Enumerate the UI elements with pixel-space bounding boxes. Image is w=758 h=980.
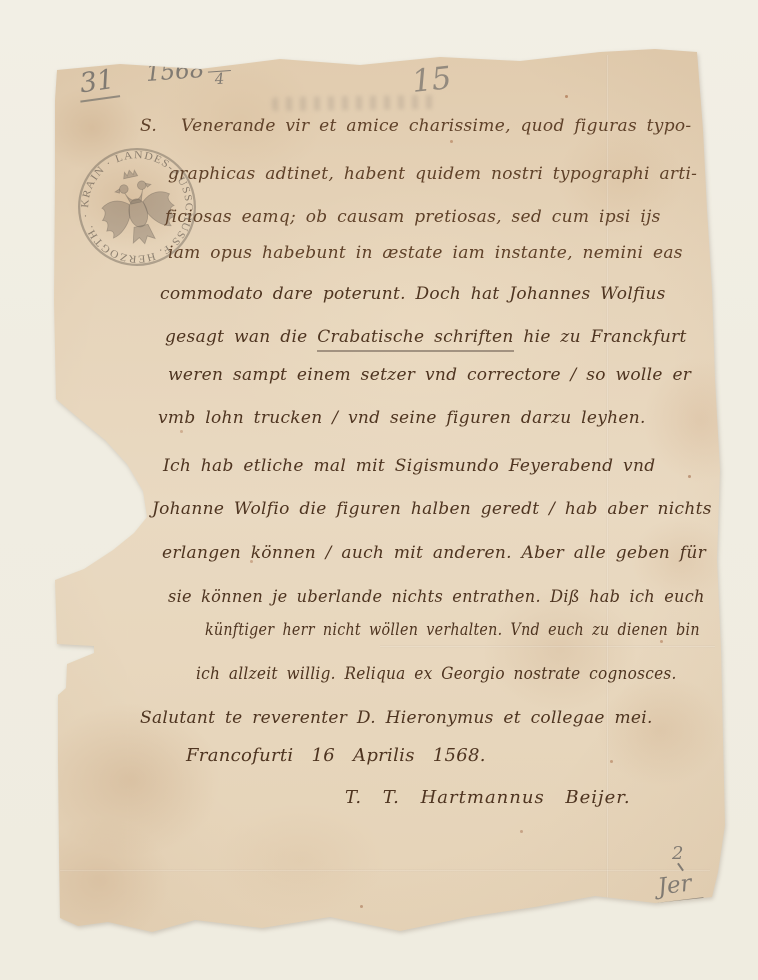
- manuscript-line: gesagt wan die Crabatische schriften hie…: [165, 329, 687, 346]
- manuscript-line: ich allzeit willig. Reliqua ex Georgio n…: [196, 666, 677, 683]
- manuscript-line: sie können je uberlande nichts entrathen…: [168, 589, 705, 606]
- manuscript-line: künftiger herr nicht wöllen verhalten. V…: [205, 622, 700, 639]
- manuscript-line: weren sampt einem setzer vnd correctore …: [168, 367, 691, 384]
- dateline: Francofurti 16 Aprilis 1568.: [186, 747, 486, 765]
- salutation-abbrev: S.: [140, 116, 157, 136]
- line-text: Venerande vir et amice charissime, quod …: [181, 116, 691, 136]
- paper-shadow-wrapper: · KRAIN · LANDES-AUSSCHUSS F. HERZOGTH. …: [0, 0, 758, 980]
- manuscript-line: commodato dare poterunt. Doch hat Johann…: [160, 286, 666, 303]
- manuscript-line: iam opus habebunt in æstate iam instante…: [168, 245, 683, 262]
- manuscript-text: S.Venerande vir et amice charissime, quo…: [0, 0, 758, 980]
- manuscript-line: S.Venerande vir et amice charissime, quo…: [140, 118, 691, 135]
- signature-line: T. T. Hartmannus Beijer.: [345, 789, 631, 807]
- manuscript-line: Ich hab etliche mal mit Sigismundo Feyer…: [163, 458, 655, 475]
- letter-sheet: · KRAIN · LANDES-AUSSCHUSS F. HERZOGTH. …: [0, 0, 758, 980]
- line-text: gesagt wan die: [165, 327, 317, 347]
- line-text: hie zu Franckfurt: [514, 327, 687, 347]
- underlined-phrase: Crabatische schriften: [317, 327, 513, 352]
- manuscript-line: ficiosas eamq; ob causam pretiosas, sed …: [165, 209, 661, 226]
- manuscript-line: Salutant te reverenter D. Hieronymus et …: [140, 710, 653, 727]
- manuscript-line: erlangen können / auch mit anderen. Aber…: [162, 545, 706, 562]
- manuscript-line: Johanne Wolfio die figuren halben geredt…: [152, 501, 712, 518]
- manuscript-line: graphicas adtinet, habent quidem nostri …: [168, 166, 697, 183]
- manuscript-line: vmb lohn trucken / vnd seine figuren dar…: [158, 410, 646, 427]
